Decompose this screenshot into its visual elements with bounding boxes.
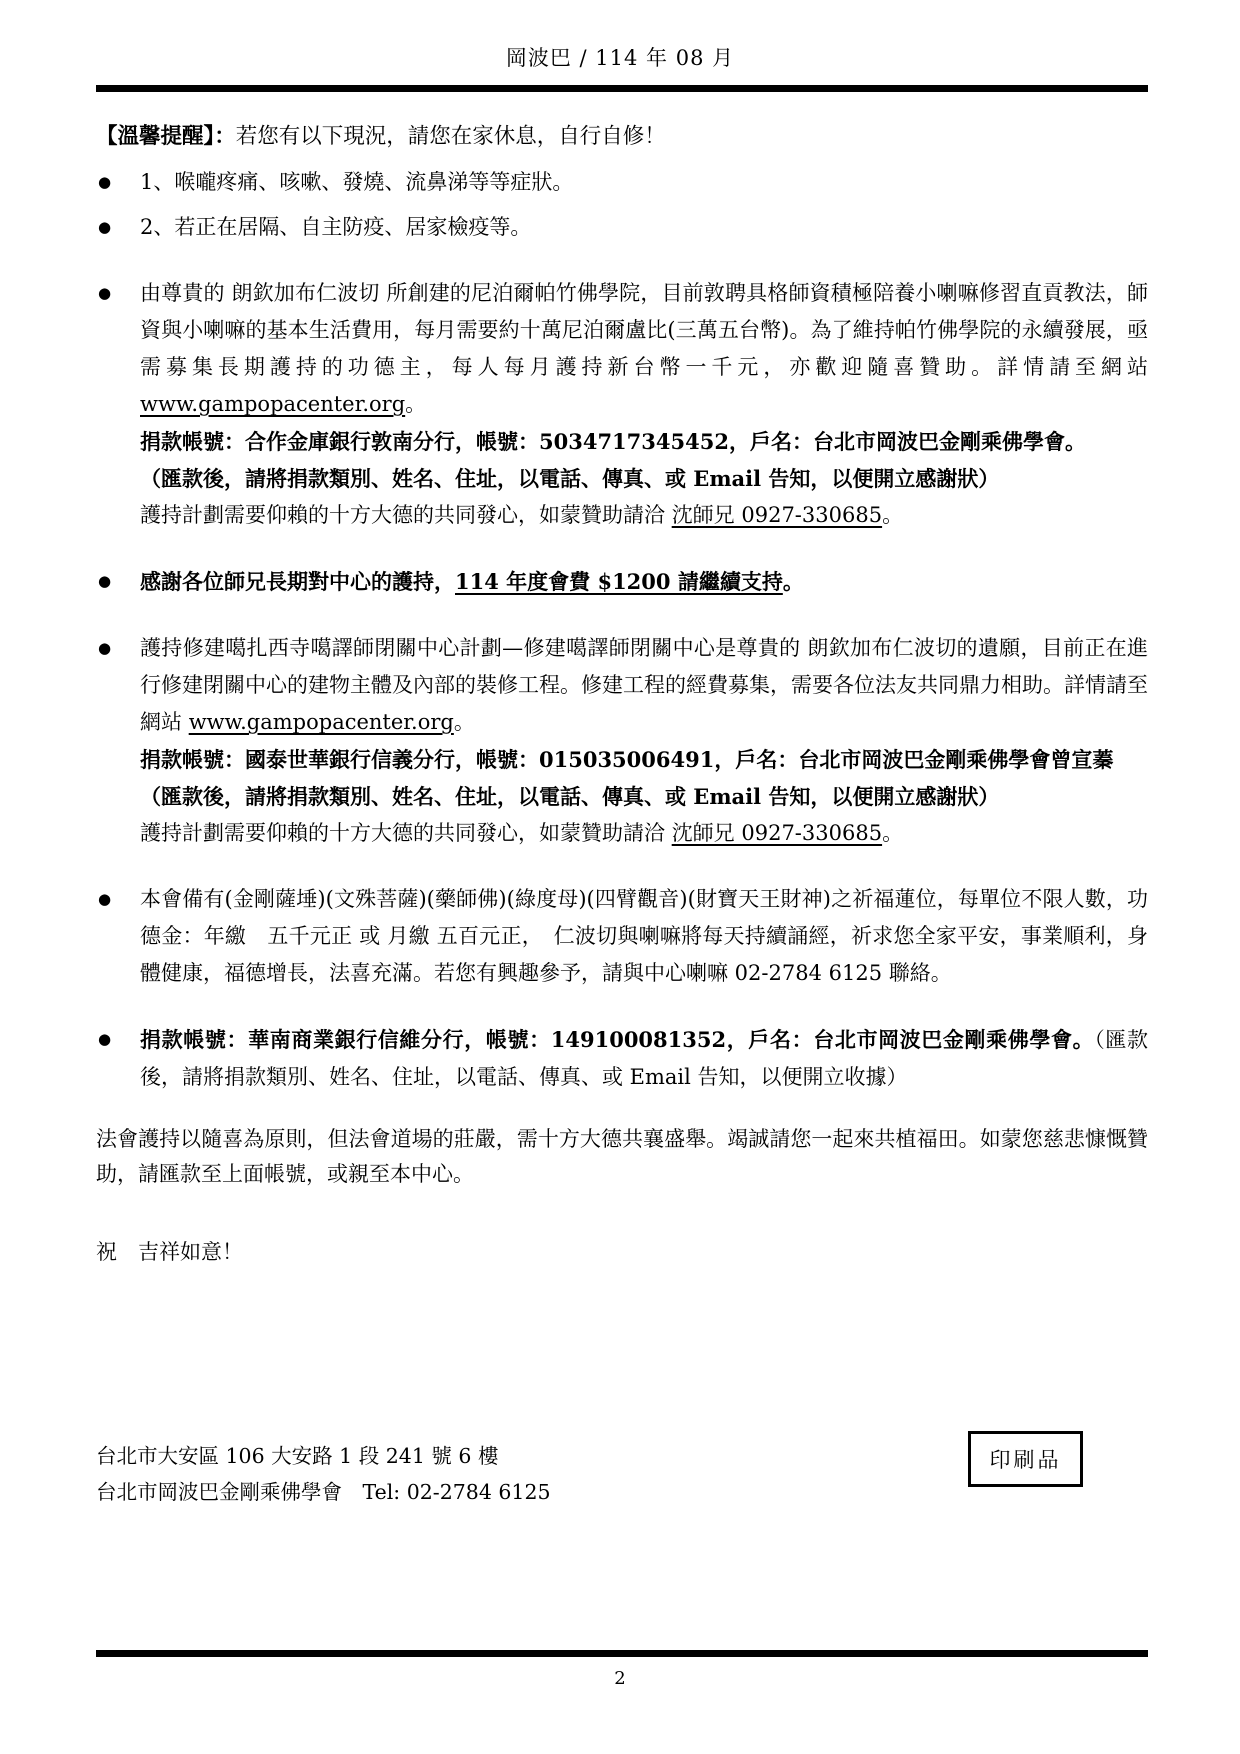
retreat-paragraph: 護持修建噶扎西寺噶譯師閉關中心計劃—修建噶譯師閉關中心是尊貴的 朗欽加布仁波切的… (140, 630, 1148, 741)
page-number: 2 (0, 1668, 1240, 1689)
fee-amount: 114 年度會費 $1200 請繼續支持 (455, 569, 783, 594)
retreat-contact-text: 護持計劃需要仰賴的十方大德的共同發心，如蒙贊助請洽 (140, 821, 672, 845)
retreat-contact-line: 護持計劃需要仰賴的十方大德的共同發心，如蒙贊助請洽 沈師兄 0927-33068… (140, 815, 1148, 852)
huanan-paragraph: 捐款帳號：華南商業銀行信維分行，帳號：149100081352，戶名：台北市岡波… (140, 1021, 1148, 1096)
retreat-contact-end: 。 (882, 821, 903, 845)
printed-matter-stamp: 印刷品 (968, 1431, 1083, 1487)
bullet-icon: ● (96, 881, 140, 917)
list-item-quarantine: ● 2、若正在居隔、自主防疫、居家檢疫等。 (96, 209, 1148, 246)
reminder-label: 【溫馨提醒】： (96, 124, 236, 149)
huanan-donation-account: 捐款帳號：華南商業銀行信維分行，帳號：149100081352，戶名：台北市岡波… (140, 1027, 1094, 1052)
bullet-icon: ● (96, 630, 140, 666)
retreat-donation-account: 捐款帳號：國泰世華銀行信義分行，帳號：015035006491，戶名：台北市岡波… (140, 741, 1148, 778)
nepal-remit-note: （匯款後，請將捐款類別、姓名、住址，以電話、傳真、或 Email 告知，以便開立… (140, 460, 1148, 497)
blessing-line: 祝 吉祥如意！ (96, 1236, 1148, 1268)
website-link[interactable]: www.gampopacenter.org (189, 710, 454, 734)
bullet-icon: ● (96, 1021, 140, 1057)
list-item-lotus-seats: ● 本會備有(金剛薩埵)(文殊菩薩)(藥師佛)(綠度母)(四臂觀音)(財寶天王財… (96, 881, 1148, 992)
header-divider (96, 85, 1148, 92)
address-line: 台北市大安區 106 大安路 1 段 241 號 6 樓 (96, 1438, 551, 1474)
annual-fee-line: 感謝各位師兄長期對中心的護持，114 年度會費 $1200 請繼續支持。 (140, 563, 1148, 601)
fee-text: 感謝各位師兄長期對中心的護持， (140, 569, 455, 594)
fee-end: 。 (783, 569, 804, 594)
bullet-icon: ● (96, 563, 140, 599)
retreat-body-end: 。 (454, 710, 475, 734)
association-tel-line: 台北市岡波巴金剛乘佛學會 Tel: 02-2784 6125 (96, 1474, 551, 1510)
footer-divider (96, 1650, 1148, 1657)
bullet-icon: ● (96, 275, 140, 311)
page-header-title: 岡波巴 / 114 年 08 月 (0, 0, 1240, 72)
list-item-annual-fee: ● 感謝各位師兄長期對中心的護持，114 年度會費 $1200 請繼續支持。 (96, 563, 1148, 601)
nepal-body-end: 。 (405, 392, 426, 416)
printed-matter-label: 印刷品 (990, 1444, 1062, 1474)
nepal-paragraph: 由尊貴的 朗欽加布仁波切 所創建的尼泊爾帕竹佛學院，目前敦聘具格師資積極陪養小喇… (140, 275, 1148, 423)
symptoms-text: 1、喉嚨疼痛、咳嗽、發燒、流鼻涕等等症狀。 (140, 164, 1148, 201)
nepal-donation-account: 捐款帳號：合作金庫銀行敦南分行，帳號：5034717345452，戶名：台北市岡… (140, 423, 1148, 460)
bullet-icon: ● (96, 209, 140, 245)
nepal-contact-text: 護持計劃需要仰賴的十方大德的共同發心，如蒙贊助請洽 (140, 503, 672, 527)
dharma-support-paragraph: 法會護持以隨喜為原則，但法會道場的莊嚴，需十方大德共襄盛舉。竭誠請您一起來共植福… (96, 1122, 1148, 1192)
footer-address-block: 台北市大安區 106 大安路 1 段 241 號 6 樓 台北市岡波巴金剛乘佛學… (96, 1438, 551, 1510)
reminder-text: 若您有以下現況，請您在家休息，自行自修！ (236, 124, 666, 149)
reminder-heading: 【溫馨提醒】：若您有以下現況，請您在家休息，自行自修！ (96, 122, 1148, 152)
list-item-retreat-center: ● 護持修建噶扎西寺噶譯師閉關中心計劃—修建噶譯師閉關中心是尊貴的 朗欽加布仁波… (96, 630, 1148, 852)
website-link[interactable]: www.gampopacenter.org (140, 392, 405, 416)
quarantine-text: 2、若正在居隔、自主防疫、居家檢疫等。 (140, 209, 1148, 246)
lotus-paragraph: 本會備有(金剛薩埵)(文殊菩薩)(藥師佛)(綠度母)(四臂觀音)(財寶天王財神)… (140, 881, 1148, 992)
document-body: 【溫馨提醒】：若您有以下現況，請您在家休息，自行自修！ ● 1、喉嚨疼痛、咳嗽、… (96, 122, 1148, 1268)
nepal-body-text: 由尊貴的 朗欽加布仁波切 所創建的尼泊爾帕竹佛學院，目前敦聘具格師資積極陪養小喇… (140, 281, 1148, 379)
document-page: 岡波巴 / 114 年 08 月 【溫馨提醒】：若您有以下現況，請您在家休息，自… (0, 0, 1240, 1754)
contact-phone: 沈師兄 0927-330685 (672, 821, 882, 845)
list-item-huanan-account: ● 捐款帳號：華南商業銀行信維分行，帳號：149100081352，戶名：台北市… (96, 1021, 1148, 1096)
retreat-remit-note: （匯款後，請將捐款類別、姓名、住址，以電話、傳真、或 Email 告知，以便開立… (140, 778, 1148, 815)
bullet-icon: ● (96, 164, 140, 200)
list-item-symptoms: ● 1、喉嚨疼痛、咳嗽、發燒、流鼻涕等等症狀。 (96, 164, 1148, 201)
nepal-contact-end: 。 (882, 503, 903, 527)
list-item-nepal-college: ● 由尊貴的 朗欽加布仁波切 所創建的尼泊爾帕竹佛學院，目前敦聘具格師資積極陪養… (96, 275, 1148, 534)
nepal-contact-line: 護持計劃需要仰賴的十方大德的共同發心，如蒙贊助請洽 沈師兄 0927-33068… (140, 497, 1148, 534)
contact-phone: 沈師兄 0927-330685 (672, 503, 882, 527)
